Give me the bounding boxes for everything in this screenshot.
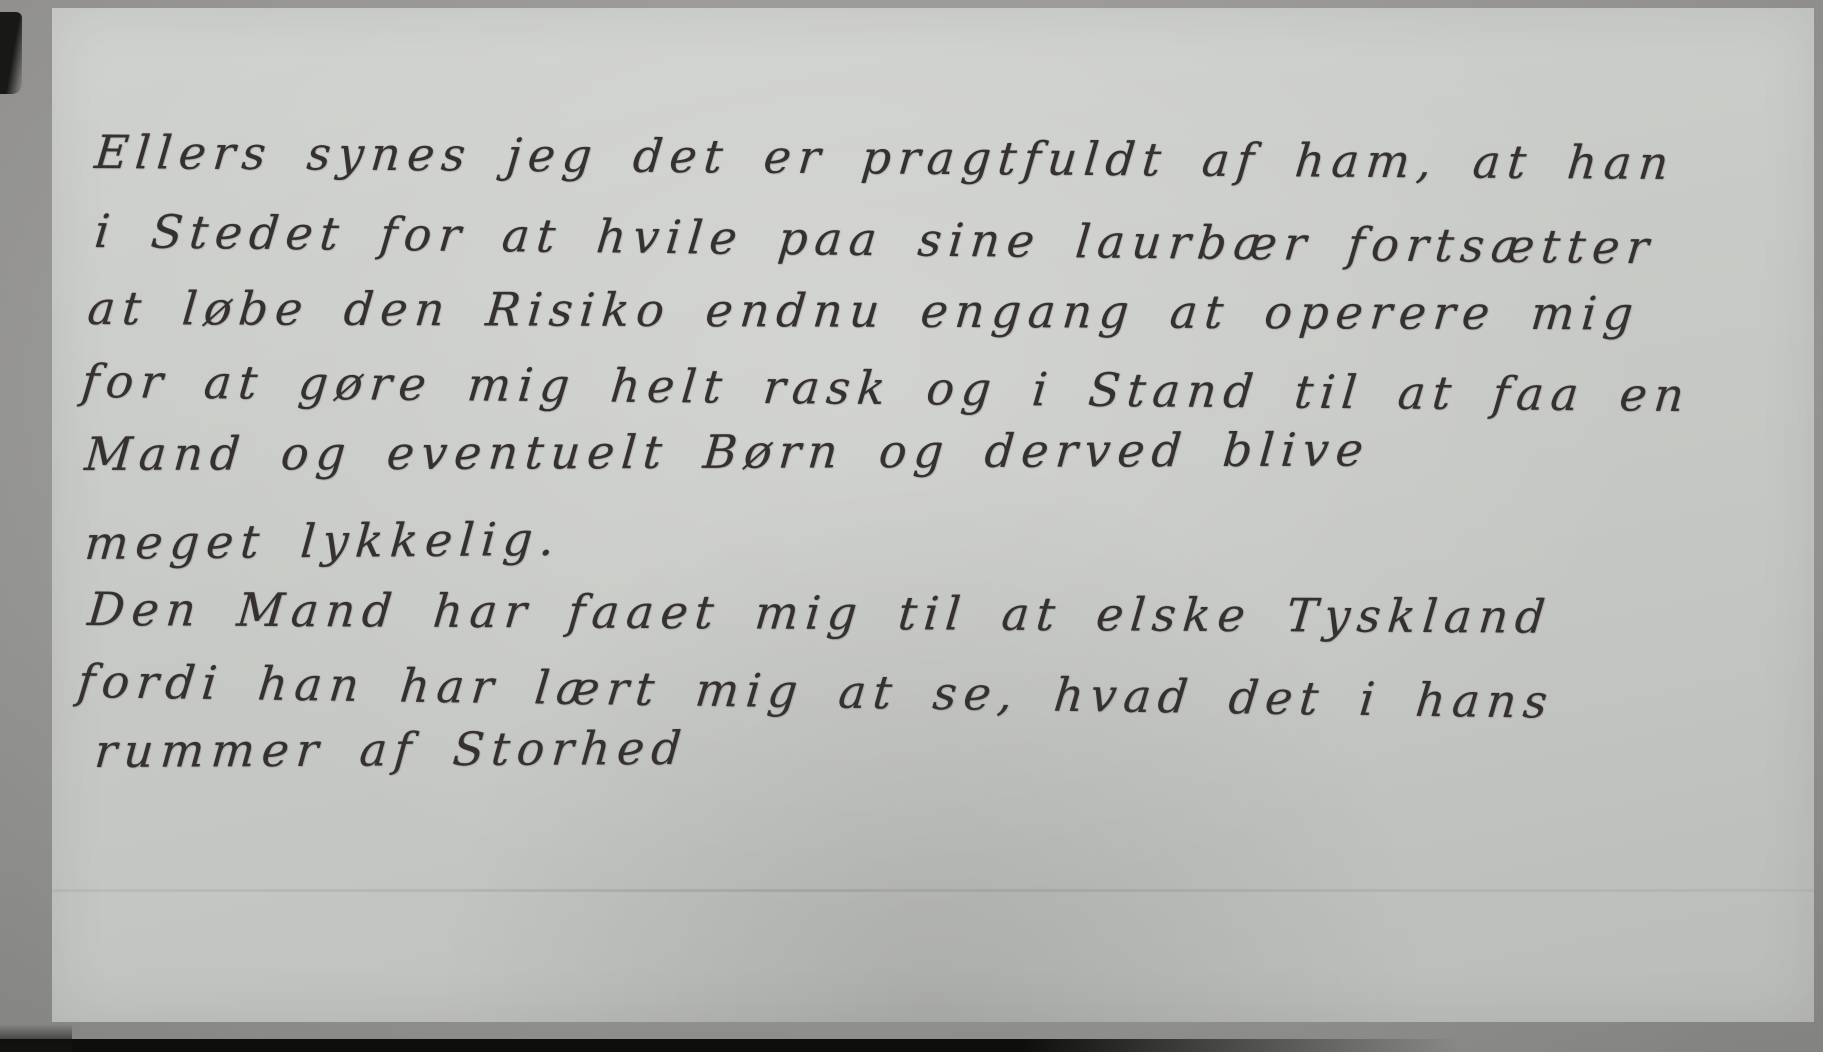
handwriting-line-8: fordi han har lært mig at se, hvad det i…	[75, 654, 1557, 729]
paper-crease	[52, 889, 1814, 892]
handwriting-line-1: Ellers synes jeg det er pragtfuldt af ha…	[92, 125, 1677, 190]
handwriting-line-5: Mand og eventuelt Børn og derved blive	[83, 423, 1373, 481]
scan-edge-artifact-topleft	[0, 12, 22, 94]
handwriting-line-6: meget lykkelig.	[83, 512, 563, 570]
manuscript-photograph: Ellers synes jeg det er pragtfuldt af ha…	[0, 0, 1823, 1052]
handwriting-line-7: Den Mand har faaet mig til at elske Tysk…	[85, 582, 1554, 644]
scan-edge-artifact-bottomleft	[0, 1024, 72, 1052]
handwriting-line-9: rummer af Storhed	[93, 721, 690, 778]
scan-edge-artifact-bottom	[0, 1039, 1460, 1052]
handwriting-line-3: at løbe den Risiko endnu engang at opere…	[86, 281, 1643, 340]
manuscript-paper: Ellers synes jeg det er pragtfuldt af ha…	[52, 8, 1814, 1022]
handwriting-line-4: for at gøre mig helt rask og i Stand til…	[79, 354, 1693, 422]
handwriting-line-2: i Stedet for at hvile paa sine laurbær f…	[92, 204, 1658, 274]
